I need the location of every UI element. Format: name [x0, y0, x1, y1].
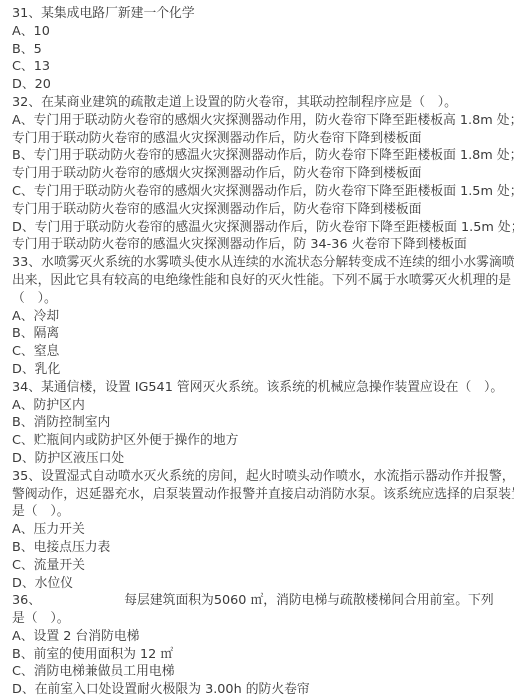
option-line: A、压力开关: [12, 521, 506, 539]
option-line: B、电接点压力表: [12, 539, 506, 557]
question-stem-line: 出来，因此它具有较高的电绝缘性能和良好的灭火性能。下列不属于水喷雾灭火机理的是: [12, 272, 506, 290]
question-stem-line: 34、某通信楼，设置 IG541 管网灭火系统。该系统的机械应急操作装置应设在（…: [12, 379, 506, 397]
question-stem-line: （ ）。: [12, 290, 506, 308]
option-line: B、5: [12, 41, 506, 59]
option-line: C、专门用于联动防火卷帘的感烟火灾探测器动作后，防火卷帘下降至距楼板面 1.5m…: [12, 183, 506, 201]
option-line: D、乳化: [12, 361, 506, 379]
option-line-wrap: 专门用于联动防火卷帘的感温火灾探测器动作后，防火卷帘下降到楼板面: [12, 130, 506, 148]
option-line: D、专门用于联动防火卷帘的感温火灾探测器动作后，防火卷帘下降至距楼板面 1.5m…: [12, 219, 506, 237]
option-line: D、防护区液压口处: [12, 450, 506, 468]
option-line: A、10: [12, 23, 506, 41]
option-line: A、冷却: [12, 308, 506, 326]
option-line: C、13: [12, 58, 506, 76]
option-line: A、防护区内: [12, 397, 506, 415]
option-line: C、窒息: [12, 343, 506, 361]
question-stem-line: 33、水喷雾灭火系统的水雾喷头使水从连续的水流状态分解转变成不连续的细小水雾滴喷…: [12, 254, 506, 272]
question-stem-line: 31、某集成电路厂新建一个化学: [12, 5, 506, 23]
option-line: D、在前室入口处设置耐火极限为 3.00h 的防火卷帘: [12, 681, 506, 699]
question-32: 32、在某商业建筑的疏散走道上设置的防火卷帘，其联动控制程序应是（ ）。 A、专…: [12, 94, 506, 254]
option-line: D、20: [12, 76, 506, 94]
question-36: 36、 每层建筑面积为5060 ㎡，消防电梯与疏散楼梯间合用前室。下列 的 是（…: [12, 592, 506, 699]
option-line: C、贮瓶间内或防护区外便于操作的地方: [12, 432, 506, 450]
option-line: A、设置 2 台消防电梯: [12, 628, 506, 646]
question-stem-line: 是（ ）。: [12, 503, 506, 521]
option-line: B、专门用于联动防火卷帘的感温火灾探测器动作后，防火卷帘下降至距楼板面 1.8m…: [12, 147, 506, 165]
question-35: 35、设置湿式自动喷水灭火系统的房间，起火时喷头动作喷水，水流指示器动作并报警，…: [12, 468, 506, 593]
question-stem-line: 35、设置湿式自动喷水灭火系统的房间，起火时喷头动作喷水，水流指示器动作并报警，…: [12, 468, 506, 486]
question-stem-line: 是（ ）。: [12, 610, 506, 628]
option-line: D、水位仪: [12, 575, 506, 593]
question-34: 34、某通信楼，设置 IG541 管网灭火系统。该系统的机械应急操作装置应设在（…: [12, 379, 506, 468]
option-line: B、前室的使用面积为 12 ㎡: [12, 646, 506, 664]
option-line-wrap: 专门用于联动防火卷帘的感温火灾探测器动作后，防火卷帘下降到楼板面: [12, 201, 506, 219]
question-31: 31、某集成电路厂新建一个化学 A、10 B、5 C、13 D、20: [12, 5, 506, 94]
question-stem-line: 警阀动作，迟延器充水，启泵装置动作报警并直接启动消防水泵。该系统应选择的启泵装置: [12, 486, 506, 504]
exam-document: 31、某集成电路厂新建一个化学 A、10 B、5 C、13 D、20 32、在某…: [0, 0, 514, 700]
question-33: 33、水喷雾灭火系统的水雾喷头使水从连续的水流状态分解转变成不连续的细小水雾滴喷…: [12, 254, 506, 379]
option-line: B、消防控制室内: [12, 414, 506, 432]
option-line-wrap: 专门用于联动防火卷帘的感烟火灾探测器动作后，防火卷帘下降到楼板面: [12, 165, 506, 183]
option-line: C、消防电梯兼做员工用电梯: [12, 663, 506, 681]
option-line: B、隔离: [12, 325, 506, 343]
question-stem-line: 32、在某商业建筑的疏散走道上设置的防火卷帘，其联动控制程序应是（ ）。: [12, 94, 506, 112]
option-line: C、流量开关: [12, 557, 506, 575]
option-line: A、专门用于联动防火卷帘的感烟火灾探测器动作用，防火卷帘下降至距楼板高 1.8m…: [12, 112, 506, 130]
question-stem-line: 36、 每层建筑面积为5060 ㎡，消防电梯与疏散楼梯间合用前室。下列 的: [12, 592, 506, 610]
option-line-wrap: 专门用于联动防火卷帘的感温火灾探测器动作后，防 34-36 火卷帘下降到楼板面: [12, 236, 506, 254]
